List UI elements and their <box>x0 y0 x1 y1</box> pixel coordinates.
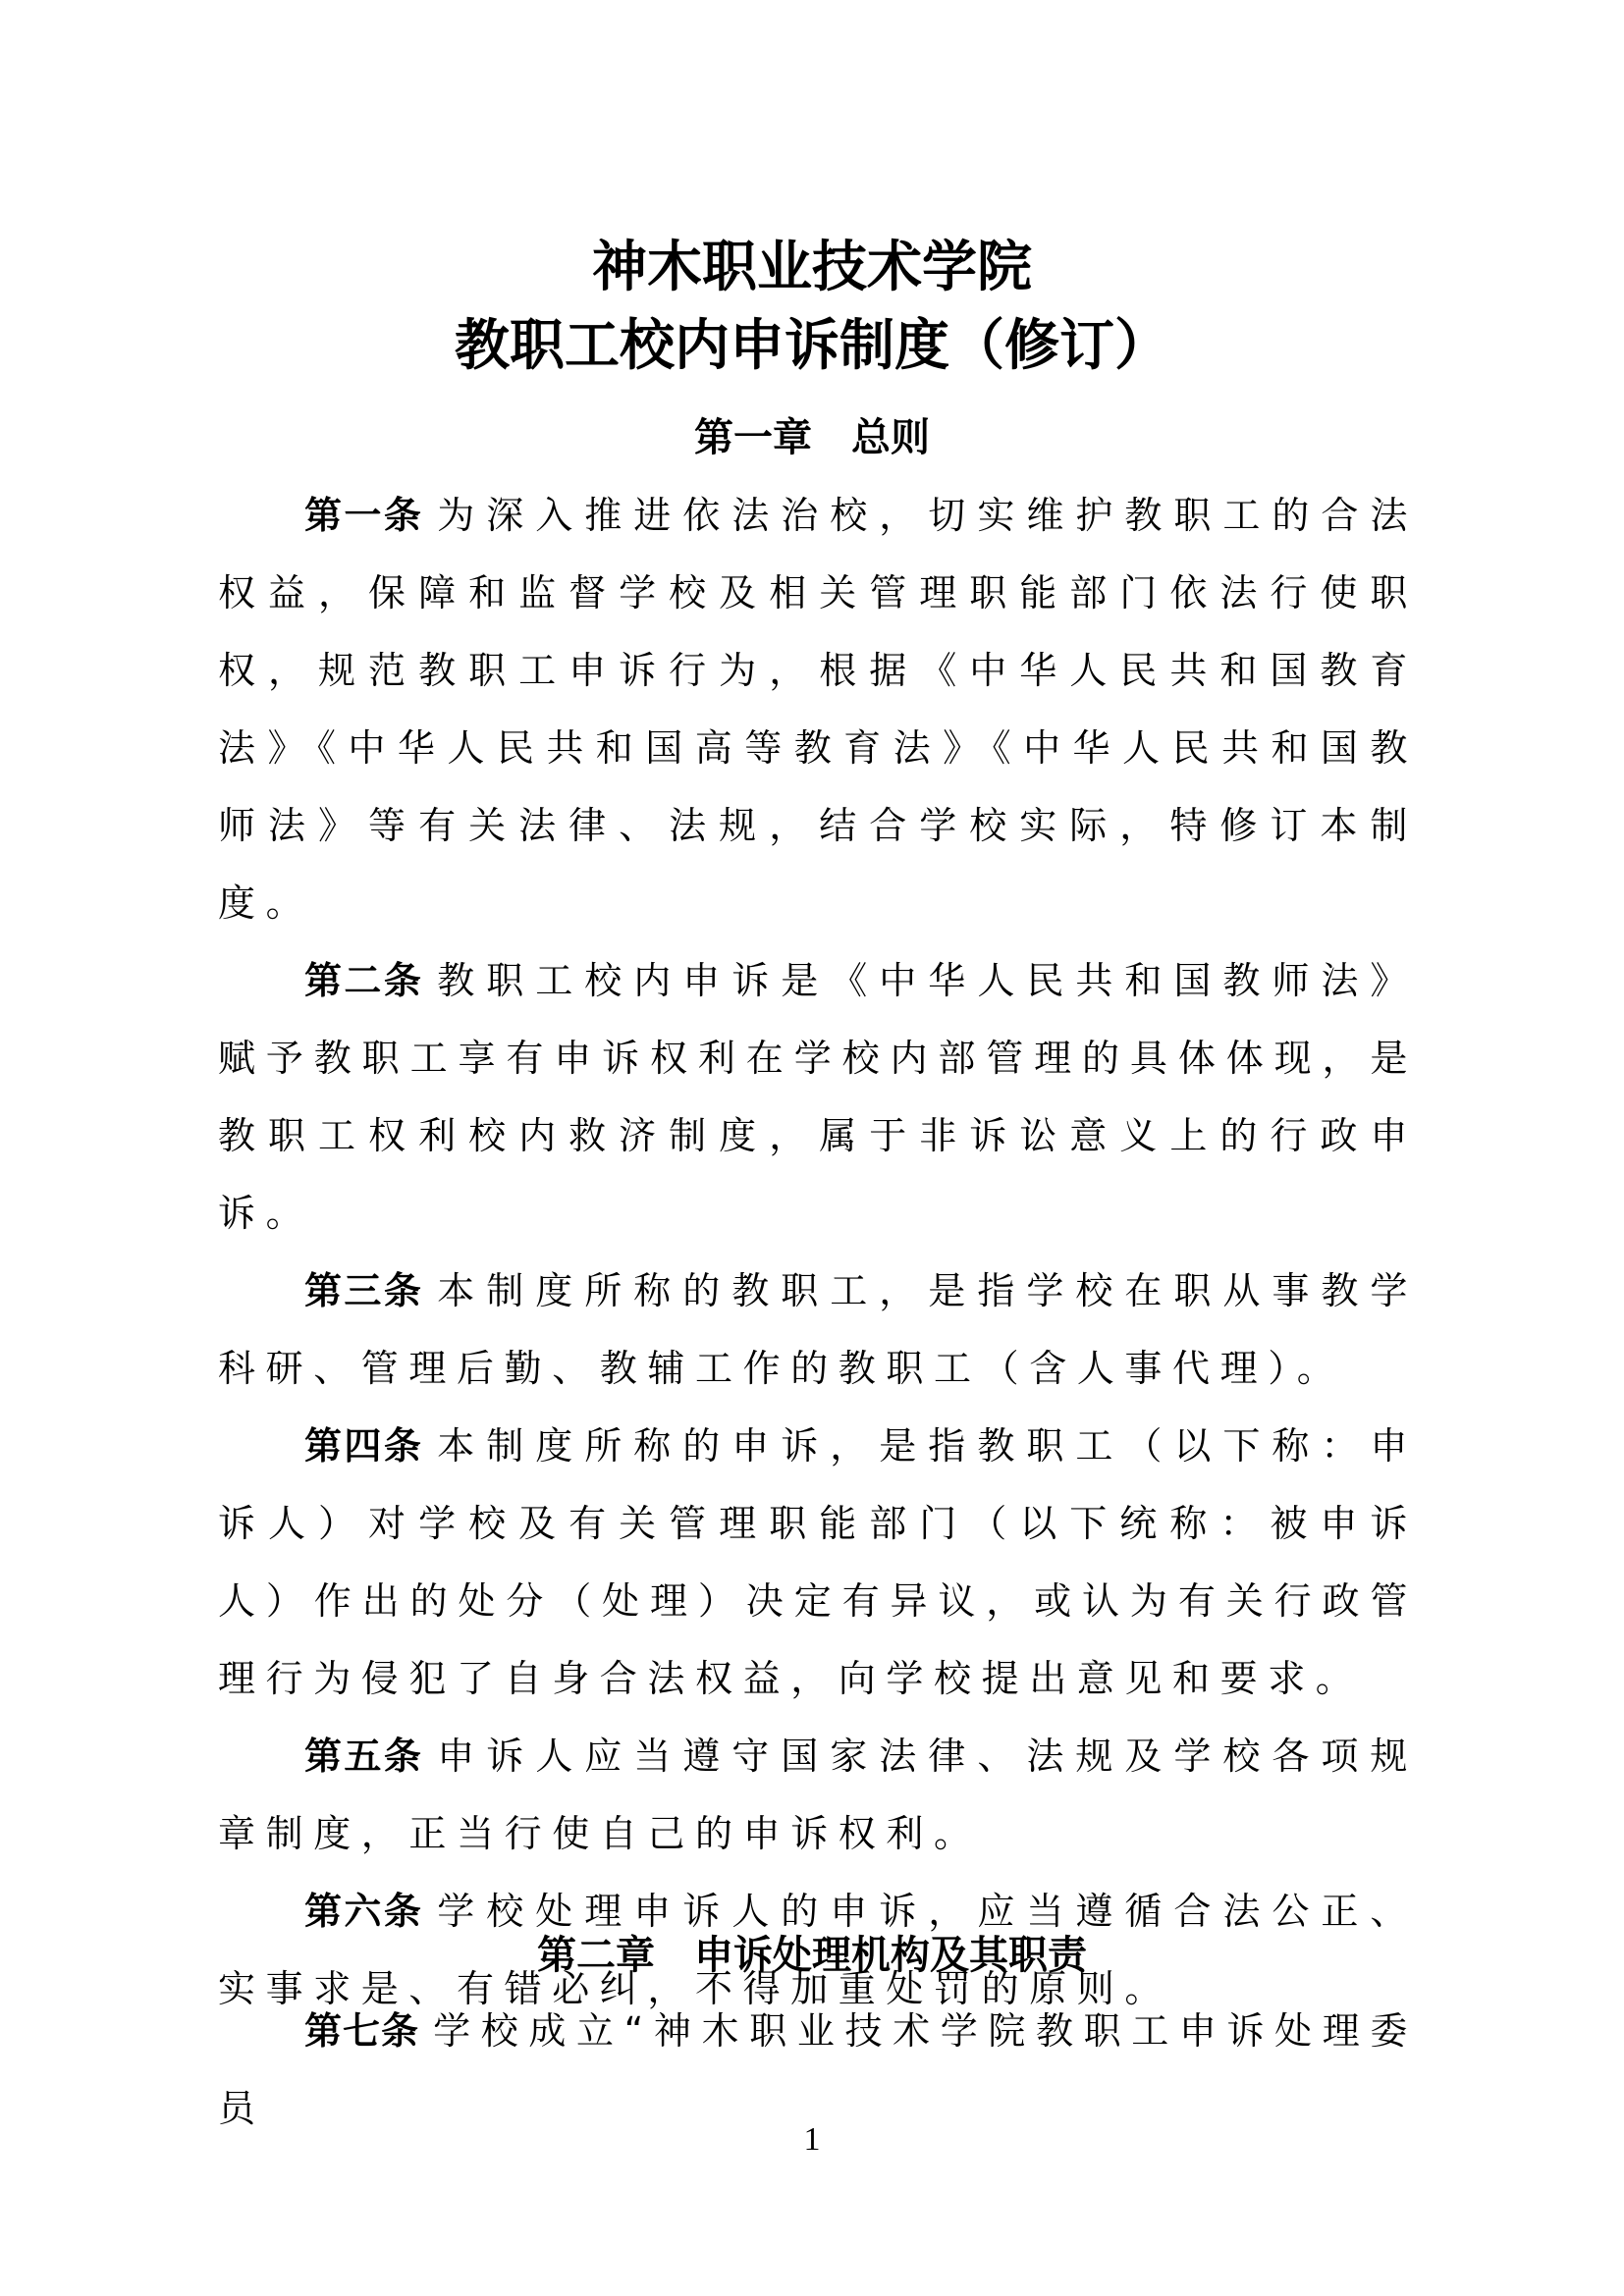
chapter-name: 申诉处理机构及其职责 <box>694 1933 1087 1978</box>
article-4: 第四条本制度所称的申诉，是指教职工（以下称：申诉人）对学校及有关管理职能部门（以… <box>218 1408 1418 1718</box>
article-5: 第五条申诉人应当遵守国家法律、法规及学校各项规章制度，正当行使自己的申诉权利。 <box>218 1718 1418 1873</box>
article-label: 第四条 <box>304 1424 423 1468</box>
chapter-name: 总则 <box>851 415 930 460</box>
document-title-regulation: 教职工校内申诉制度（修订） <box>0 312 1624 381</box>
chapter-heading-2: 第二章申诉处理机构及其职责 <box>0 1928 1624 1983</box>
article-text: 为深入推进依法治校，切实维护教职工的合法权益，保障和监督学校及相关管理职能部门依… <box>218 494 1418 925</box>
document-page: 神木职业技术学院 教职工校内申诉制度（修订） 第一章总则 第一条为深入推进依法治… <box>0 0 1624 2296</box>
article-2: 第二条教职工校内申诉是《中华人民共和国教师法》赋予教职工享有申诉权利在学校内部管… <box>218 942 1418 1253</box>
article-label: 第一条 <box>304 494 423 537</box>
article-label: 第二条 <box>304 959 423 1002</box>
article-label: 第六条 <box>304 1890 423 1933</box>
chapter-number: 第二章 <box>537 1933 655 1978</box>
article-label: 第七条 <box>304 2009 419 2053</box>
document-title-institution: 神木职业技术学院 <box>0 234 1624 302</box>
article-label: 第三条 <box>304 1269 423 1312</box>
chapter-1-body: 第一条为深入推进依法治校，切实维护教职工的合法权益，保障和监督学校及相关管理职能… <box>218 477 1418 2028</box>
chapter-heading-1: 第一章总则 <box>0 410 1624 465</box>
chapter-number: 第一章 <box>694 415 812 460</box>
article-3: 第三条本制度所称的教职工，是指学校在职从事教学科研、管理后勤、教辅工作的教职工（… <box>218 1253 1418 1408</box>
article-1: 第一条为深入推进依法治校，切实维护教职工的合法权益，保障和监督学校及相关管理职能… <box>218 477 1418 942</box>
page-number: 1 <box>0 2120 1624 2160</box>
article-label: 第五条 <box>304 1735 423 1778</box>
